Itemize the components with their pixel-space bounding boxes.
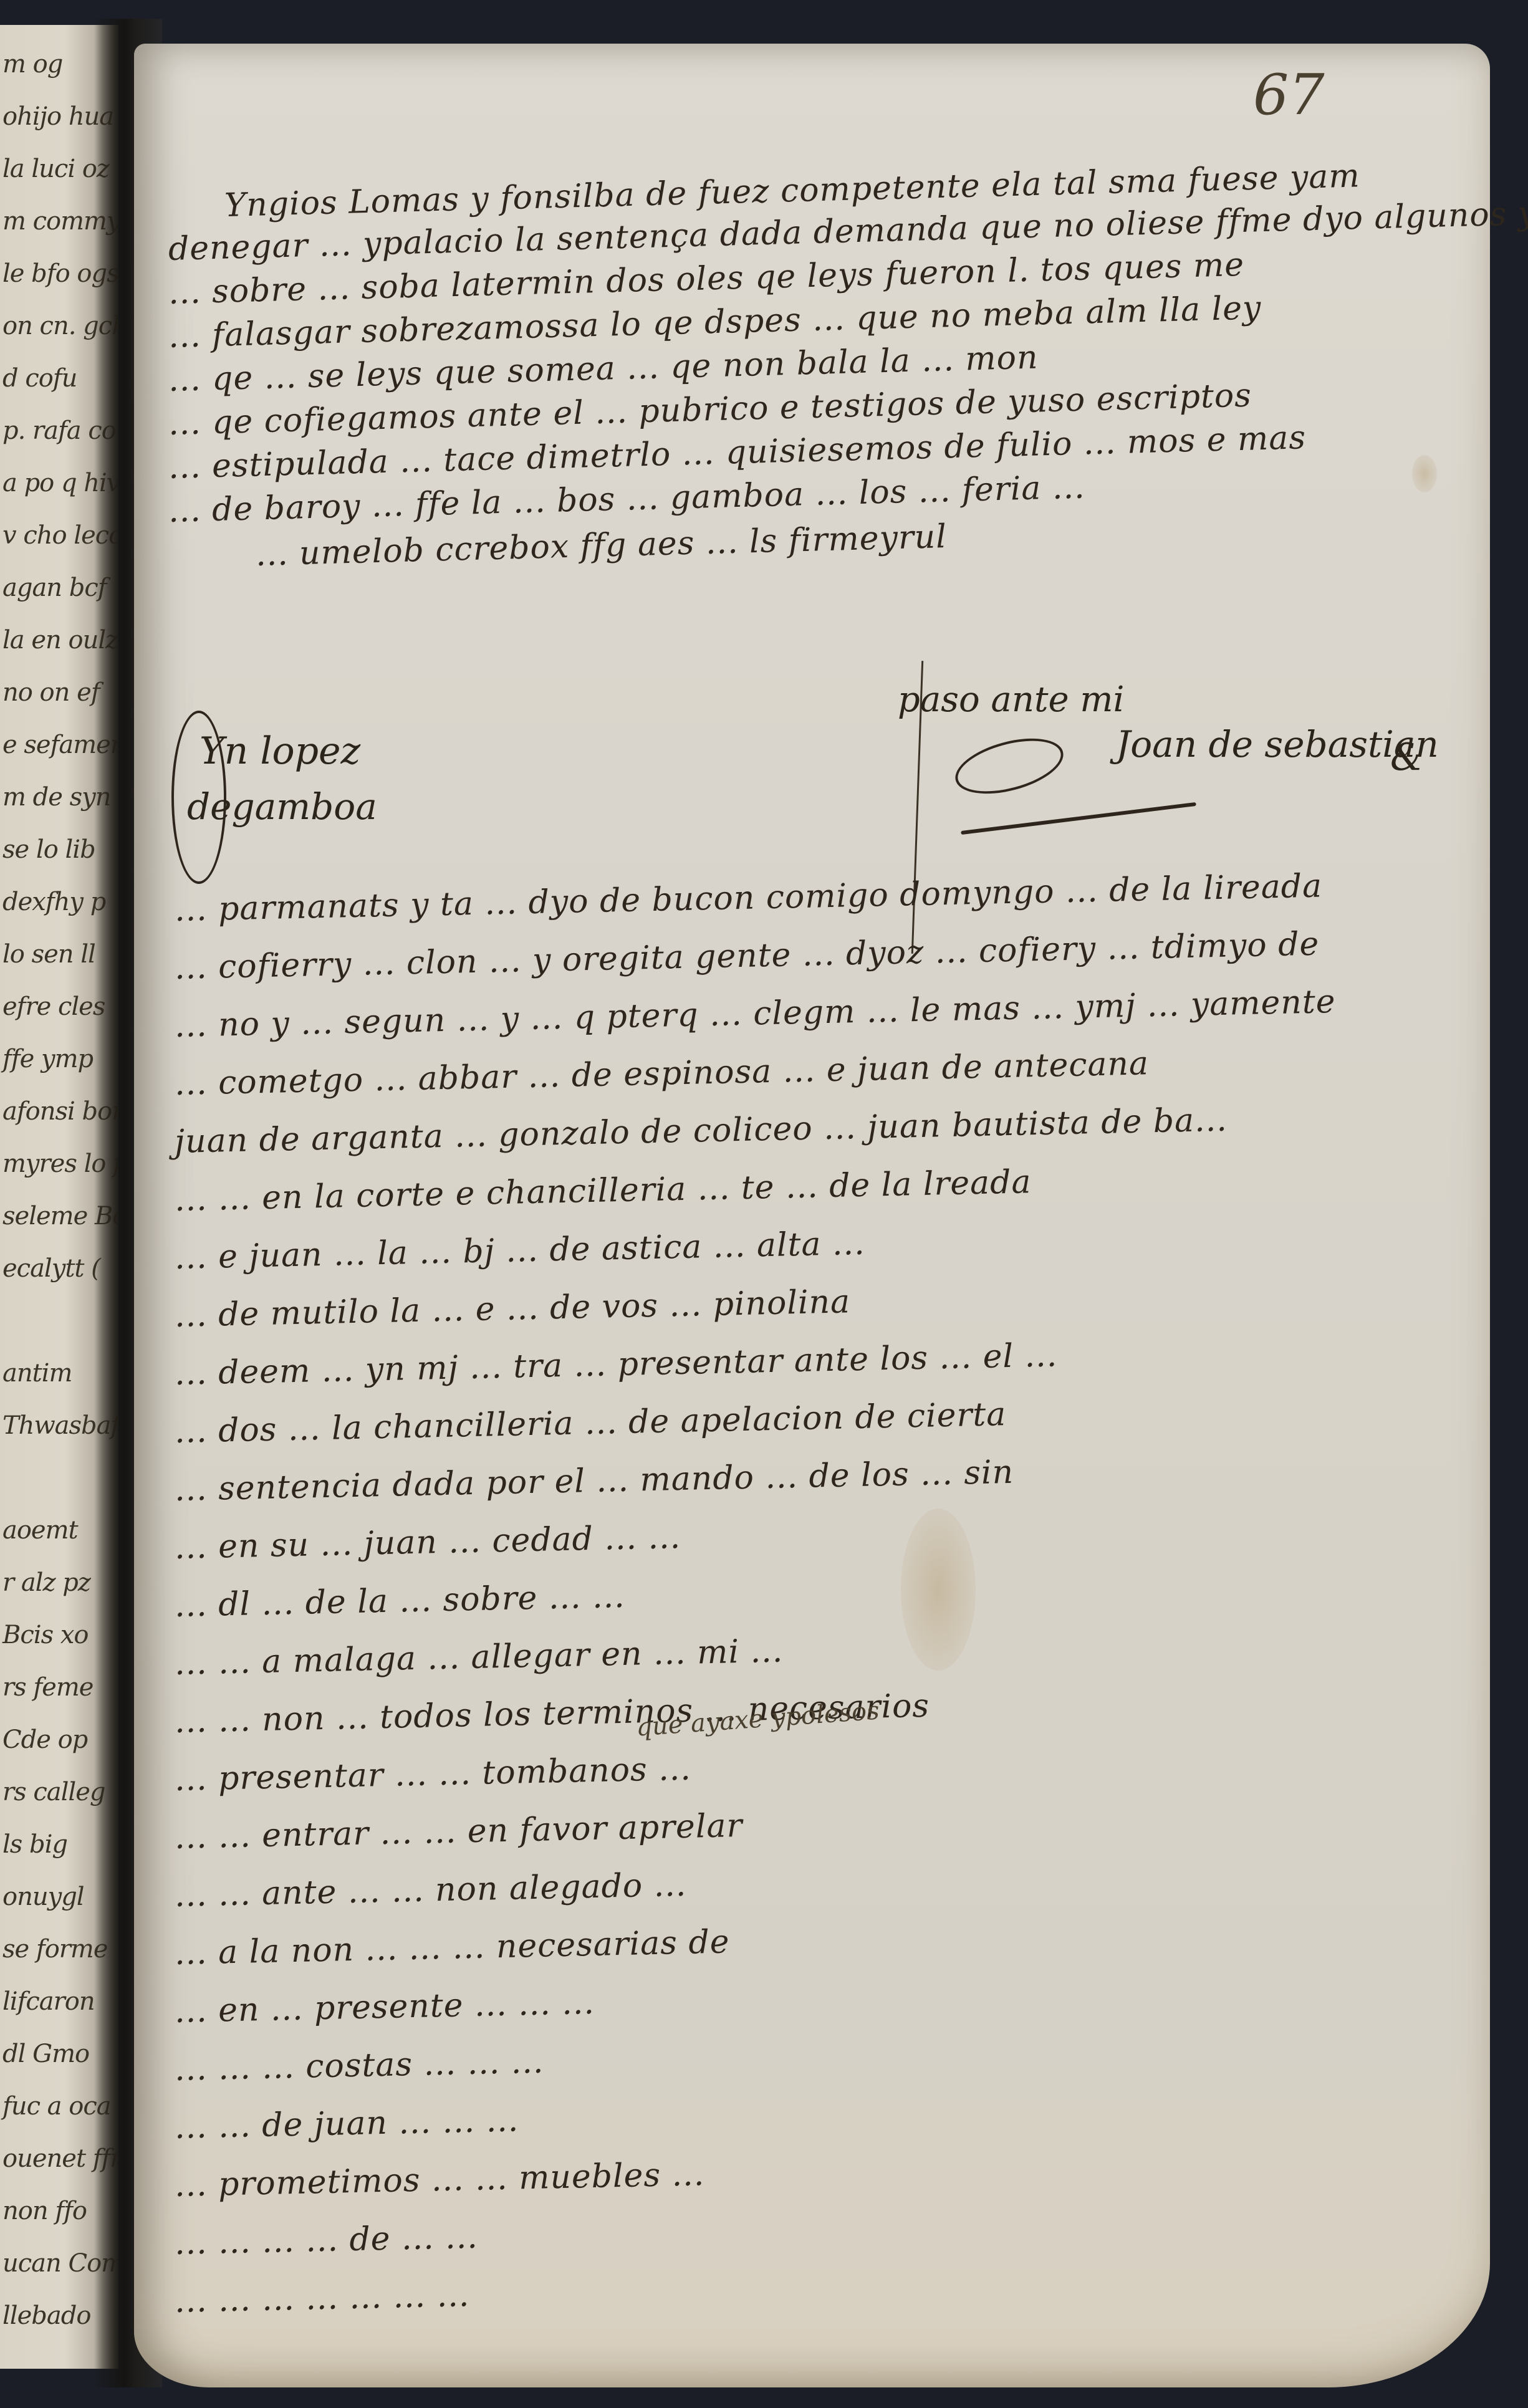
facing-page-line: lo sen ll <box>2 940 95 969</box>
facing-page-line: Bcis xo <box>2 1621 88 1649</box>
facing-page-line: rs calleg <box>2 1778 105 1806</box>
signature-left-line-2: degamboa <box>187 785 377 828</box>
facing-page-line: non ffo <box>2 2197 87 2225</box>
facing-page-line: aoemt <box>2 1516 78 1545</box>
facing-page-line: ls big <box>2 1830 67 1859</box>
manuscript-line: ... ... ... ... de ... ... <box>174 2219 478 2262</box>
facing-page-line: Cde op <box>2 1725 87 1754</box>
folio-number: 67 <box>1253 62 1325 128</box>
signature-center-label: paso ante mi <box>898 679 1124 720</box>
paper-spot <box>1412 455 1437 492</box>
signature-left-line-1: Yn lopez <box>199 729 360 773</box>
facing-page-line: dl Gmo <box>2 2040 89 2068</box>
facing-page-line: d cofu <box>2 364 77 393</box>
facing-page-line: ffe ymp <box>2 1045 93 1073</box>
facing-page-line: no on ef <box>2 678 100 707</box>
facing-page-line: se forme <box>2 1935 108 1964</box>
facing-page-line: ecalytt ( <box>2 1254 100 1283</box>
manuscript-line: ... ... ... ... ... ... ... <box>174 2276 469 2320</box>
facing-page-line: agan bcf <box>2 573 107 602</box>
facing-page-line: r alz pz <box>2 1568 90 1597</box>
facing-page-line: antim <box>2 1359 72 1388</box>
signature-mark: & <box>1390 736 1423 779</box>
facing-page-line: llebado <box>2 2301 90 2330</box>
facing-page-line: rs feme <box>2 1673 93 1702</box>
manuscript-scan: m ogohijo huala luci ozm commyle bfo ogs… <box>0 0 1528 2408</box>
facing-page-line: se lo lib <box>2 835 95 864</box>
facing-page-line: m og <box>2 50 62 79</box>
facing-page-line: dexfhy p <box>2 888 105 916</box>
facing-page-line: onuygl <box>2 1883 84 1911</box>
manuscript-line: ... ... de juan ... ... ... <box>174 2101 519 2146</box>
facing-page-line: lifcaron <box>2 1987 95 2016</box>
paper-stain <box>901 1509 976 1671</box>
manuscript-line: ... ... ... costas ... ... ... <box>174 2043 544 2088</box>
facing-page-line: efre cles <box>2 992 105 1021</box>
